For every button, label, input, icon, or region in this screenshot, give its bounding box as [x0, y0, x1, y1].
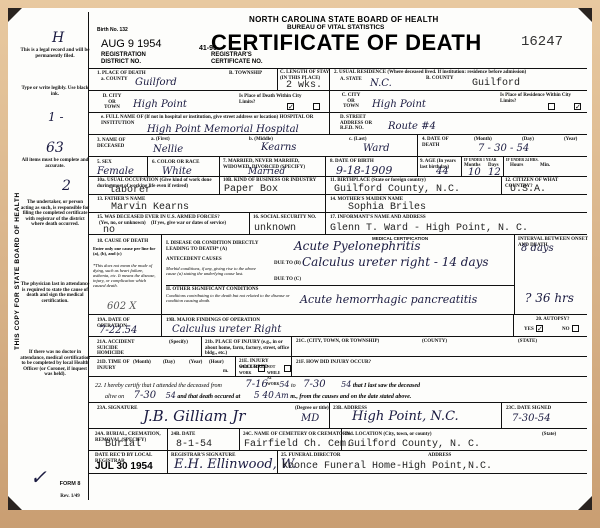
row-name: 3. NAME OF DECEASED a. (First) Nellie b.… — [89, 134, 587, 156]
degree: MD — [301, 413, 319, 424]
funeral-director: Koonce Funeral Home-High Point,N.C. — [282, 461, 492, 472]
dob-cell: 8. DATE OF BIRTH 9-18-1909 — [325, 157, 417, 176]
margin-number: 63 — [46, 140, 64, 156]
interval-a: 8 days — [521, 243, 554, 254]
attended-to-year: 54 — [341, 380, 351, 389]
registrar-cert-label: REGISTRAR'S CERTIFICATE NO. — [211, 52, 286, 65]
while-at-work-checkbox[interactable] — [258, 365, 265, 372]
autopsy-no-label: NO — [562, 327, 570, 333]
injury-city-label: 21c. (CITY, TOWN, OR TOWNSHIP) — [296, 339, 379, 345]
location-state-label: (State) — [542, 432, 556, 438]
last-name: Ward — [363, 143, 390, 154]
burial-type: Burial — [105, 439, 141, 450]
date-signed: 7-30-54 — [512, 413, 551, 424]
injury-occurred-cell: 21e. INJURY OCCURRED WHILE AT WORK NOT W… — [235, 357, 291, 376]
cause-instructions: 18. CAUSE OF DEATH Enter only one cause … — [89, 235, 161, 315]
registrar-sig-cell: REGISTRAR'S SIGNATURE E.H. Ellinwood, W. — [167, 451, 277, 473]
death-city: High Point — [133, 99, 187, 110]
last-label: c. (Last) — [349, 137, 367, 143]
certify-text-4: m., from the causes and on the date stat… — [290, 394, 411, 400]
address-cell: 23b. ADDRESS High Point, N.C. — [329, 403, 501, 428]
row-cause-of-death: 18. CAUSE OF DEATH Enter only one cause … — [89, 234, 587, 314]
injury-day-label: (Day) — [163, 360, 175, 366]
ssn-cell: 16. SOCIAL SECURITY NO. unknown — [249, 213, 325, 234]
autopsy-cell: 20. AUTOPSY? YES ✓ NO — [513, 315, 587, 336]
first-name: Nellie — [153, 144, 183, 155]
part1-label: I. DISEASE OR CONDITION DIRECTLY LEADING… — [166, 241, 276, 252]
row-signature: 23a. SIGNATURE J.B. Gilliam Jr (Degree o… — [89, 402, 587, 428]
res-city-label: c. CITY OR TOWN — [340, 93, 362, 110]
row-burial: 24a. BURIAL, CREMATION, REMOVAL (Specify… — [89, 428, 587, 450]
registration-district-label: REGISTRATION DISTRICT NO. — [101, 52, 171, 65]
funeral-address-label: ADDRESS — [428, 453, 451, 459]
not-while-at-work-checkbox[interactable] — [284, 365, 291, 372]
death-time: 5 40 — [254, 391, 274, 401]
physician-address: High Point, N.C. — [352, 409, 459, 424]
business-label: 10b. KIND OF BUSINESS OR INDUSTRY — [223, 178, 323, 184]
race-cell: 6. COLOR OR RACE White — [147, 157, 219, 176]
alive-on: 7-30 — [134, 390, 156, 401]
armed-sub2: (If yes, give war or dates of service) — [151, 221, 226, 227]
while-at-work-label: WHILE AT WORK — [239, 365, 259, 376]
dod-day-label: (Day) — [522, 137, 534, 143]
burial-location: Guilford County, N. C. — [348, 439, 480, 450]
cause-note: *This does not mean the mode of dying, s… — [93, 263, 157, 288]
margin-mark: H — [52, 30, 64, 46]
cause-main: MEDICAL CERTIFICATION I. DISEASE OR COND… — [161, 235, 587, 314]
injury-state-label: (STATE) — [518, 339, 537, 345]
cemetery-name: Fairfield Ch. Cem. — [244, 439, 352, 450]
due-to-c-label: DUE TO (c) — [274, 277, 301, 283]
funeral-director-cell: 25. FUNERAL DIRECTOR ADDRESS Koonce Fune… — [277, 451, 587, 473]
attended-from-year: 54 — [279, 380, 289, 389]
signature-label: 23a. SIGNATURE — [97, 406, 137, 412]
res-city-cell: c. CITY OR TOWN High Point Is Place of R… — [329, 91, 587, 112]
cause-a: Acute Pyelonephritis — [294, 239, 421, 253]
informant-label: 17. INFORMANT'S NAME AND ADDRESS — [330, 215, 426, 221]
death-county: Guilford — [135, 77, 177, 88]
ssn: unknown — [254, 223, 296, 234]
how-injury-cell: 21f. HOW DID INJURY OCCUR? — [291, 357, 587, 376]
cemetery-cell: 24c. NAME OF CEMETERY OR CREMATORY Fairf… — [239, 429, 339, 450]
certificate-form: Birth No. 132 NORTH CAROLINA STATE BOARD… — [88, 12, 586, 500]
hours-label: Hours — [510, 163, 523, 169]
burial-date: 8-1-54 — [176, 439, 212, 450]
certify-line-1: 22. I hereby certify that I attended the… — [95, 379, 420, 390]
time-of-injury-label: 21d. TIME OF INJURY — [97, 360, 137, 371]
cause-instructions-text: Enter only one cause per line for (a), (… — [93, 246, 157, 256]
age-cell: 9. AGE (In years last birthday) 44 — [417, 157, 461, 176]
informant-cell: 17. INFORMANT'S NAME AND ADDRESS Glenn T… — [325, 213, 587, 234]
margin-mark-1: 1 - — [48, 110, 64, 124]
cause-label: 18. CAUSE OF DEATH — [97, 239, 148, 245]
within-city-label: Is Place of Death Within City Limits? — [239, 94, 319, 105]
injury-m-label: m. — [223, 369, 228, 375]
alive-label: alive on — [105, 394, 124, 400]
received-date-stamp: JUL 30 1954 — [95, 461, 153, 472]
burial-date-cell: 24b. DATE 8-1-54 — [167, 429, 239, 450]
injury-city-cell: 21c. (CITY, TOWN, OR TOWNSHIP) (COUNTY) … — [291, 337, 587, 356]
certify-line-2: alive on 7-30 54 and that death occured … — [105, 390, 411, 401]
certify-text-1: 22. I hereby certify that I attended the… — [95, 383, 222, 389]
place-of-death-label: 1. PLACE OF DEATH — [97, 71, 146, 77]
part2-note: Conditions contributing to the death but… — [166, 293, 296, 303]
street-cell: d. STREET ADDRESS or R.F.D. NO. Route #4 — [329, 113, 587, 134]
location-cell: 24d. LOCATION (City, town, or county) (S… — [341, 429, 587, 450]
citizen-cell: 12. CITIZEN OF WHAT COUNTRY? U.S.A. — [501, 177, 587, 194]
funeral-director-label: 25. FUNERAL DIRECTOR — [281, 453, 341, 459]
place-of-injury-label: 21b. PLACE OF INJURY (e.g., in or about … — [205, 340, 291, 357]
interval-other: ? 36 hrs — [525, 291, 574, 305]
injury-county-label: (COUNTY) — [422, 339, 447, 345]
attended-from: 7-16 — [245, 379, 267, 390]
within-city-yes-checkbox[interactable]: ✓ — [287, 103, 294, 110]
business-cell: 10b. KIND OF BUSINESS OR INDUSTRY Paper … — [219, 177, 325, 194]
certify-text-2: that I last saw the deceased — [353, 383, 420, 389]
legal-note: This is a legal record and will be perma… — [20, 48, 90, 59]
injury-month-label: (Month) — [133, 360, 151, 366]
cause-code: 602 X — [107, 301, 136, 312]
date-signed-cell: 23c. DATE SIGNED 7-30-54 — [501, 403, 587, 428]
how-injury-label: 21f. HOW DID INJURY OCCUR? — [296, 360, 371, 366]
row-injury: 21a. ACCIDENT SUICIDE HOMICIDE (Specify)… — [89, 336, 587, 356]
min-label: Min. — [540, 163, 550, 169]
row-hospital: e. FULL NAME OF (If not in hospital or i… — [89, 112, 587, 134]
birthplace-label: 11. BIRTHPLACE (State or foreign country… — [330, 178, 426, 184]
cemetery-label: 24c. NAME OF CEMETERY OR CREMATORY — [243, 432, 350, 438]
location-label: 24d. LOCATION (City, town, or county) — [345, 432, 432, 438]
row-place-city: d. CITY OR TOWN High Point Is Place of D… — [89, 90, 587, 112]
race-label: 6. COLOR OR RACE — [152, 160, 200, 166]
district-number: 41-90 — [199, 45, 217, 52]
other-condition: Acute hemorrhagic pancreatitis — [300, 293, 477, 306]
autopsy-yes-checkbox[interactable]: ✓ — [536, 325, 543, 332]
no-doctor-note: If there was no doctor in attendance, me… — [20, 350, 90, 378]
row-armed-forces: 15. WAS DECEASED EVER IN U.S. ARMED FORC… — [89, 212, 587, 234]
margin-mark-2: 2 — [62, 178, 71, 194]
row-certify: 22. I hereby certify that I attended the… — [89, 376, 587, 402]
ssn-label: 16. SOCIAL SECURITY NO. — [253, 215, 316, 221]
injury-hour-label: (Hour) — [209, 360, 224, 366]
res-county: Guilford — [472, 78, 520, 89]
op-findings-cell: 19b. MAJOR FINDINGS OF OPERATION Calculu… — [161, 315, 513, 336]
informant: Glenn T. Ward - High Point, N. C. — [330, 223, 528, 234]
street-address: Route #4 — [388, 121, 436, 132]
physician-note: The physician last in attendance is requ… — [20, 282, 90, 304]
within-city-no-checkbox[interactable] — [313, 103, 320, 110]
undertaker-note: The undertaker, or person acting as such… — [20, 200, 90, 228]
res-city: High Point — [372, 99, 426, 110]
operation-date: 7-22.54 — [99, 325, 137, 336]
degree-label: (Degree or title) — [295, 406, 329, 412]
date-of-death-cell: 4. DATE OF DEATH (Month) (Day) (Year) 7 … — [417, 135, 587, 156]
death-am: Am — [275, 391, 288, 400]
op-findings-label: 19b. MAJOR FINDINGS OF OPERATION — [166, 318, 260, 324]
autopsy-no-checkbox[interactable] — [572, 325, 579, 332]
row-place-county: 1. PLACE OF DEATH a. COUNTY Guilford b. … — [89, 68, 587, 90]
part-divider — [166, 285, 514, 286]
birth-no: Birth No. 132 — [97, 27, 128, 33]
burial-date-label: 24b. DATE — [171, 432, 195, 438]
res-county-label: b. COUNTY — [426, 76, 454, 82]
autopsy-yes-label: YES — [524, 327, 534, 333]
name-label: 3. NAME OF DECEASED — [97, 138, 137, 149]
county-label: a. COUNTY — [101, 77, 128, 83]
dod-month-label: (Month) — [474, 137, 492, 143]
certify-text-3: and that death occured at — [177, 394, 240, 400]
row-sex: 5. SEX Female 6. COLOR OR RACE White 7. … — [89, 156, 587, 176]
res-state: N.C. — [370, 78, 392, 89]
date-of-death-label: 4. DATE OF DEATH — [422, 137, 452, 148]
street-label: d. STREET ADDRESS or R.F.D. NO. — [340, 115, 380, 132]
autopsy-label: 20. AUTOPSY? — [536, 317, 570, 323]
operation-findings: Calculus ureter Right — [172, 324, 281, 335]
residence-label: 2. USUAL RESIDENCE (Where deceased lived… — [334, 70, 526, 76]
interval-cell: INTERVAL BETWEEN ONSET AND DEATH 8 days … — [514, 235, 588, 314]
under1-cell: IF UNDER 1 YEAR Months Days 10 12 — [461, 157, 503, 176]
part2-label: II. OTHER SIGNIFICANT CONDITIONS — [166, 287, 258, 293]
row-operation: 19a. DATE OF OPERATION 7-22.54 19b. MAJO… — [89, 314, 587, 336]
physician-signature: J.B. Gilliam Jr — [143, 407, 245, 425]
check-mark-icon: ✓ — [30, 465, 47, 489]
accident-specify-label: (Specify) — [169, 340, 188, 346]
to-label: to — [291, 383, 296, 389]
dod-year-label: (Year) — [564, 137, 577, 143]
antecedent-note: Morbid conditions, if any, giving rise t… — [166, 266, 266, 276]
cause-b: Calculus ureter right - 14 days — [302, 255, 489, 269]
vertical-copy-label: THIS COPY FOR STATE BOARD OF HEALTH — [14, 192, 21, 350]
alive-year: 54 — [166, 391, 176, 400]
due-to-b-label: DUE TO (b) — [274, 261, 301, 267]
mother-cell: 14. MOTHER'S MAIDEN NAME Sophia Briles — [325, 195, 587, 212]
stay-cell: c. LENGTH OF STAY (in this place) 2 wks. — [277, 69, 329, 90]
date-of-death: 7 - 30 - 54 — [478, 143, 529, 154]
left-margin: H This is a legal record and will be per… — [10, 10, 88, 505]
antecedent-label: ANTECEDENT CAUSES — [166, 257, 222, 263]
birthplace-cell: 11. BIRTHPLACE (State or foreign country… — [325, 177, 501, 194]
place-of-injury-cell: 21b. PLACE OF INJURY (e.g., in or about … — [201, 337, 291, 356]
city-label: d. CITY OR TOWN — [101, 94, 123, 111]
first-label: a. (First) — [151, 137, 170, 143]
res-within-city-yes-checkbox[interactable] — [548, 103, 555, 110]
type-note: Type or write legibly. Use black ink. — [20, 86, 90, 97]
registration-date: AUG 9 1954 — [101, 38, 162, 50]
under24-cell: IF UNDER 24 HRS. Hours Min. — [503, 157, 587, 176]
armed-forces-label: 15. WAS DECEASED EVER IN U.S. ARMED FORC… — [97, 215, 220, 221]
township-label: b. TOWNSHIP — [229, 71, 262, 77]
res-state-label: a. STATE — [340, 77, 362, 83]
items-note: All items must be complete and accurate. — [20, 158, 90, 169]
res-within-city-label: Is Place of Residence Within City Limits… — [500, 93, 585, 104]
sex-label: 5. SEX — [97, 160, 112, 166]
injury-year-label: (Year) — [189, 360, 202, 366]
certificate-number: 16247 — [521, 34, 563, 50]
row-injury-time: 21d. TIME OF INJURY (Month) (Day) (Year)… — [89, 356, 587, 376]
middle-name: Kearns — [261, 142, 296, 153]
date-signed-label: 23c. DATE SIGNED — [506, 406, 551, 412]
form-label: FORM 8 — [50, 482, 90, 488]
marital-cell: 7. MARRIED, NEVER MARRIED, WIDOWED, DIVO… — [219, 157, 325, 176]
accident-label: 21a. ACCIDENT SUICIDE HOMICIDE — [97, 340, 137, 357]
row-parents: 13. FATHER'S NAME Marvin Kearns 14. MOTH… — [89, 194, 587, 212]
res-within-city-no-checkbox[interactable]: ✓ — [574, 103, 581, 110]
residence-cell: 2. USUAL RESIDENCE (Where deceased lived… — [329, 69, 587, 90]
row-registrar: DATE REC'D BY LOCAL REGISTRAR JUL 30 195… — [89, 450, 587, 474]
rev-label: Rev. 1/49 — [50, 494, 90, 500]
attended-to: 7-30 — [303, 379, 325, 390]
row-occupation: 10a. USUAL OCCUPATION (Give kind of work… — [89, 176, 587, 194]
board-heading: NORTH CAROLINA STATE BOARD OF HEALTH — [249, 15, 439, 24]
